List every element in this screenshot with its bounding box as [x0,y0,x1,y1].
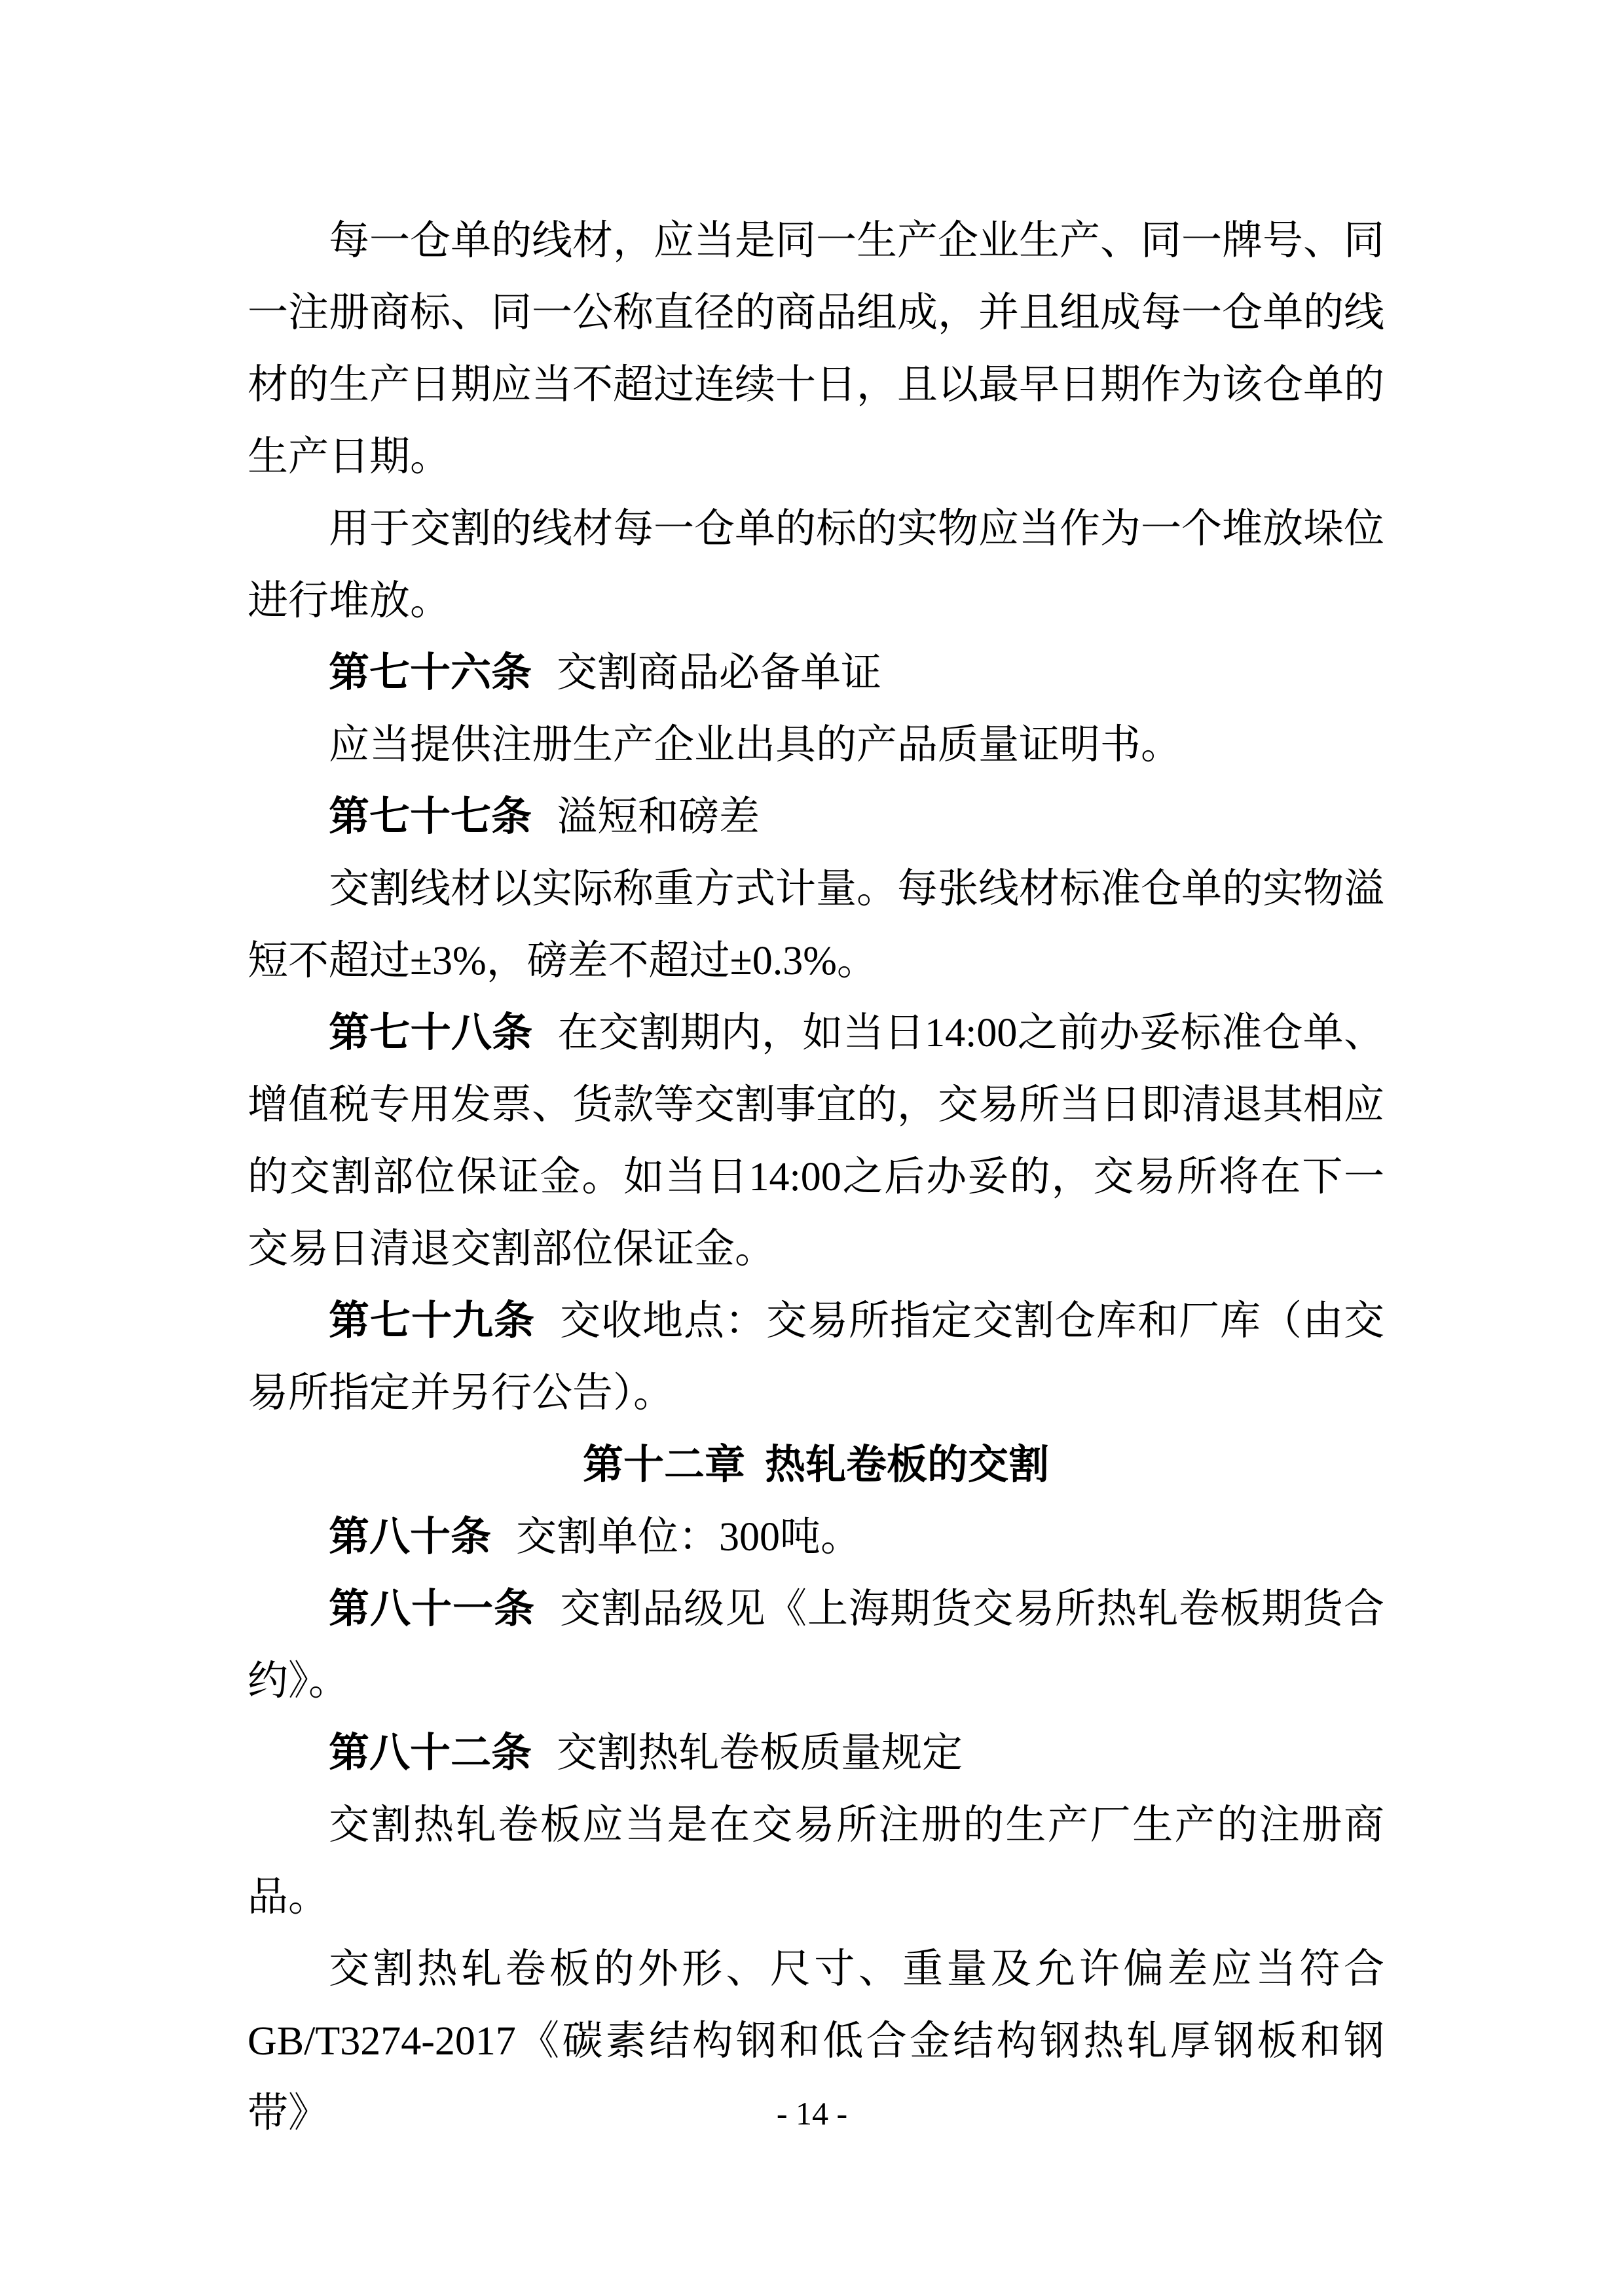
paragraph: 第七十八条在交割期内，如当日14:00之前办妥标准仓单、增值税专用发票、货款等交… [248,997,1384,1285]
chapter-title: 热轧卷板的交割 [765,1442,1049,1487]
paragraph: 用于交割的线材每一仓单的标的实物应当作为一个堆放垛位进行堆放。 [248,493,1384,637]
paragraph: 应当提供注册生产企业出具的产品质量证明书。 [248,709,1384,781]
page-number: - 14 - [777,2095,847,2132]
paragraph: 第八十二条交割热轧卷板质量规定 [248,1717,1384,1789]
document-body: 每一仓单的线材，应当是同一生产企业生产、同一牌号、同一注册商标、同一公称直径的商… [248,205,1384,2149]
paragraph-text: 交割线材以实际称重方式计量。每张线材标准仓单的实物溢短不超过±3%，磅差不超过±… [248,867,1384,983]
chapter-number: 第十二章 [583,1442,745,1487]
paragraph: 第七十六条交割商品必备单证 [248,637,1384,709]
article-number: 第七十七条 [329,794,532,839]
paragraph-text: 交割热轧卷板的外形、尺寸、重量及允许偏差应当符合 [329,1947,1384,1992]
chapter-heading: 第十二章热轧卷板的交割 [248,1429,1384,1501]
paragraph-text: 交割热轧卷板应当是在交易所注册的生产厂生产的注册商品。 [248,1803,1384,1920]
document-page: 每一仓单的线材，应当是同一生产企业生产、同一牌号、同一注册商标、同一公称直径的商… [0,0,1624,2296]
paragraph-text: 溢短和磅差 [557,795,760,839]
paragraph-text: 应当提供注册生产企业出具的产品质量证明书。 [329,723,1181,767]
paragraph: 第八十一条交割品级见《上海期货交易所热轧卷板期货合约》。 [248,1573,1384,1717]
paragraph: 第七十七条溢短和磅差 [248,781,1384,853]
article-number: 第七十六条 [329,650,532,695]
paragraph: 交割线材以实际称重方式计量。每张线材标准仓单的实物溢短不超过±3%，磅差不超过±… [248,853,1384,997]
article-number: 第八十条 [329,1514,491,1559]
standard-code: GB/T3274-2017 [248,2019,516,2064]
paragraph: 每一仓单的线材，应当是同一生产企业生产、同一牌号、同一注册商标、同一公称直径的商… [248,205,1384,493]
article-number: 第八十一条 [329,1586,535,1631]
paragraph: 交割热轧卷板应当是在交易所注册的生产厂生产的注册商品。 [248,1789,1384,1933]
paragraph-text: 交割单位：300吨。 [516,1515,861,1559]
paragraph: 第八十条交割单位：300吨。 [248,1501,1384,1573]
paragraph-text: 用于交割的线材每一仓单的标的实物应当作为一个堆放垛位进行堆放。 [248,507,1384,623]
article-number: 第七十八条 [329,1010,532,1055]
paragraph-text: 交割商品必备单证 [557,651,881,695]
paragraph-text: 交割热轧卷板质量规定 [557,1731,963,1776]
page-footer: - 14 - [0,2093,1624,2134]
article-number: 第七十九条 [329,1298,535,1343]
paragraph-text: 每一仓单的线材，应当是同一生产企业生产、同一牌号、同一注册商标、同一公称直径的商… [248,219,1384,479]
article-number: 第八十二条 [329,1730,532,1776]
paragraph: 第七十九条交收地点：交易所指定交割仓库和厂库（由交易所指定并另行公告）。 [248,1285,1384,1429]
